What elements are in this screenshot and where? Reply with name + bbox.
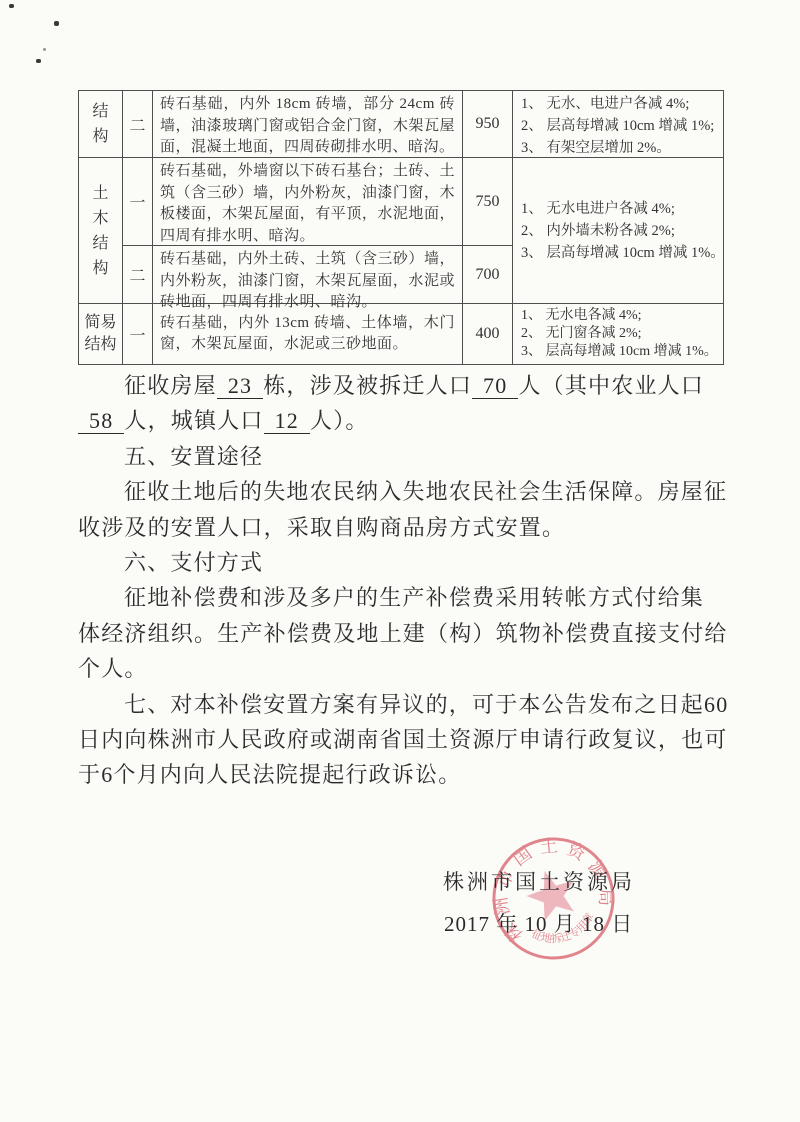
body-text: 栋，涉及被拆迁人口 [263,373,472,398]
table-cell-adjustments: 1、 无水电各减 4%; 2、 无门窗各减 2%; 3、 层高每增减 10cm … [513,304,723,364]
compensation-rate-table: 结构 二 砖石基础，内外 18cm 砖墙，部分 24cm 砖墙，油漆玻璃门窗或铝… [78,90,724,365]
adjustment-note: 1、 无水、电进户各减 4%; [521,93,721,115]
body-text: 人，城镇人口 [124,408,263,433]
table-cell-grade: 二 [123,246,153,304]
grade-label: 二 [129,113,145,136]
table-cell-description: 砖石基础，内外 13cm 砖墙、土体墙，木门窗，木架瓦屋面，水泥或三砂地面。 [153,304,463,364]
issue-date: 2017 年 10 月 18 日 [444,908,633,938]
scan-speck [43,48,46,51]
scanned-document-page: 结构 二 砖石基础，内外 18cm 砖墙，部分 24cm 砖墙，油漆玻璃门窗或铝… [0,0,800,1122]
paragraph-line: 58人，城镇人口12人）。 [78,403,758,438]
scan-speck [9,4,14,8]
table-cell-grade: 一 [123,158,153,246]
table-cell-price: 750 [463,158,513,246]
document-body: 征收房屋23栋，涉及被拆迁人口70人（其中农业人口 58人，城镇人口12人）。 … [78,368,758,793]
body-text: 人）。 [310,408,369,433]
adjustment-note: 2、 内外墙未粉各减 2%; [521,220,721,242]
adjustment-note: 3、 层高每增减 10cm 增减 1%。 [521,343,721,361]
adjustment-note: 2、 无门窗各减 2%; [521,325,721,343]
table-cell-description: 砖石基础，外墙窗以下砖石基台；土砖、土筑（含三砂）墙，内外粉灰，油漆门窗，木板楼… [153,158,463,246]
body-text: 人（其中农业人口 [518,373,704,398]
structure-type-label: 简易结构 [82,312,119,356]
official-red-seal: 株洲市国土资源局 征地拆迁专用章 [466,811,641,986]
table-cell-price: 400 [463,304,513,364]
body-text: 征收房屋 [124,373,217,398]
paragraph-line: 于6个月内向人民法院提起行政诉讼。 [78,757,758,792]
paragraph-line: 体经济组织。生产补偿费及地上建（构）筑物补偿费直接支付给 [78,616,758,651]
structure-type-label: 土木结构 [91,181,109,281]
paragraph-line: 日内向株洲市人民政府或湖南省国土资源厅申请行政复议，也可 [78,722,758,757]
adjustment-note: 1、 无水电各减 4%; [521,307,721,325]
table-cell-structure-label: 简易结构 [79,304,123,364]
adjustment-note: 3、 有架空层增加 2%。 [521,137,721,159]
table-cell-structure-label: 结构 [79,91,123,158]
table-cell-grade: 一 [123,304,153,364]
paragraph-line: 个人。 [78,651,758,686]
table-cell-grade: 二 [123,91,153,158]
filled-blank-urban-population: 12 [264,409,310,434]
grade-label: 一 [129,190,145,213]
paragraph-line: 征收土地后的失地农民纳入失地农民社会生活保障。房屋征 [78,474,758,509]
scan-speck [36,59,41,63]
adjustment-note: 2、 层高每增减 10cm 增减 1%; [521,115,721,137]
structure-type-label: 结构 [91,99,109,149]
table-cell-price: 950 [463,91,513,158]
filled-blank-relocated-population: 70 [472,374,518,399]
table-cell-description: 砖石基础，内外 18cm 砖墙，部分 24cm 砖墙，油漆玻璃门窗或铝合金门窗，… [153,91,463,158]
issuing-authority: 株洲市国土资源局 [443,866,635,896]
scan-speck [54,21,59,26]
table-cell-price: 700 [463,246,513,304]
grade-label: 二 [129,263,145,286]
paragraph-line: 七、对本补偿安置方案有异议的，可于本公告发布之日起60 [78,687,758,722]
grade-label: 一 [129,323,145,346]
paragraph-line: 征地补偿费和涉及多户的生产补偿费采用转帐方式付给集 [78,580,758,615]
table-cell-adjustments: 1、 无水电进户各减 4%; 2、 内外墙未粉各减 2%; 3、 层高每增减 1… [513,158,723,304]
filled-blank-agricultural-population: 58 [78,409,124,434]
adjustment-note: 1、 无水电进户各减 4%; [521,198,721,220]
section-heading-5: 五、安置途径 [78,439,758,474]
table-cell-structure-label: 土木结构 [79,158,123,304]
adjustment-note: 3、 层高每增减 10cm 增减 1%。 [521,242,721,264]
paragraph-line: 征收房屋23栋，涉及被拆迁人口70人（其中农业人口 [78,368,758,403]
filled-blank-houses-count: 23 [217,374,263,399]
table-cell-adjustments: 1、 无水、电进户各减 4%; 2、 层高每增减 10cm 增减 1%; 3、 … [513,91,723,158]
section-heading-6: 六、支付方式 [78,545,758,580]
paragraph-line: 收涉及的安置人口，采取自购商品房方式安置。 [78,510,758,545]
table-cell-description: 砖石基础，内外土砖、土筑（含三砂）墙，内外粉灰，油漆门窗，木架瓦屋面，水泥或砖地… [153,246,463,304]
